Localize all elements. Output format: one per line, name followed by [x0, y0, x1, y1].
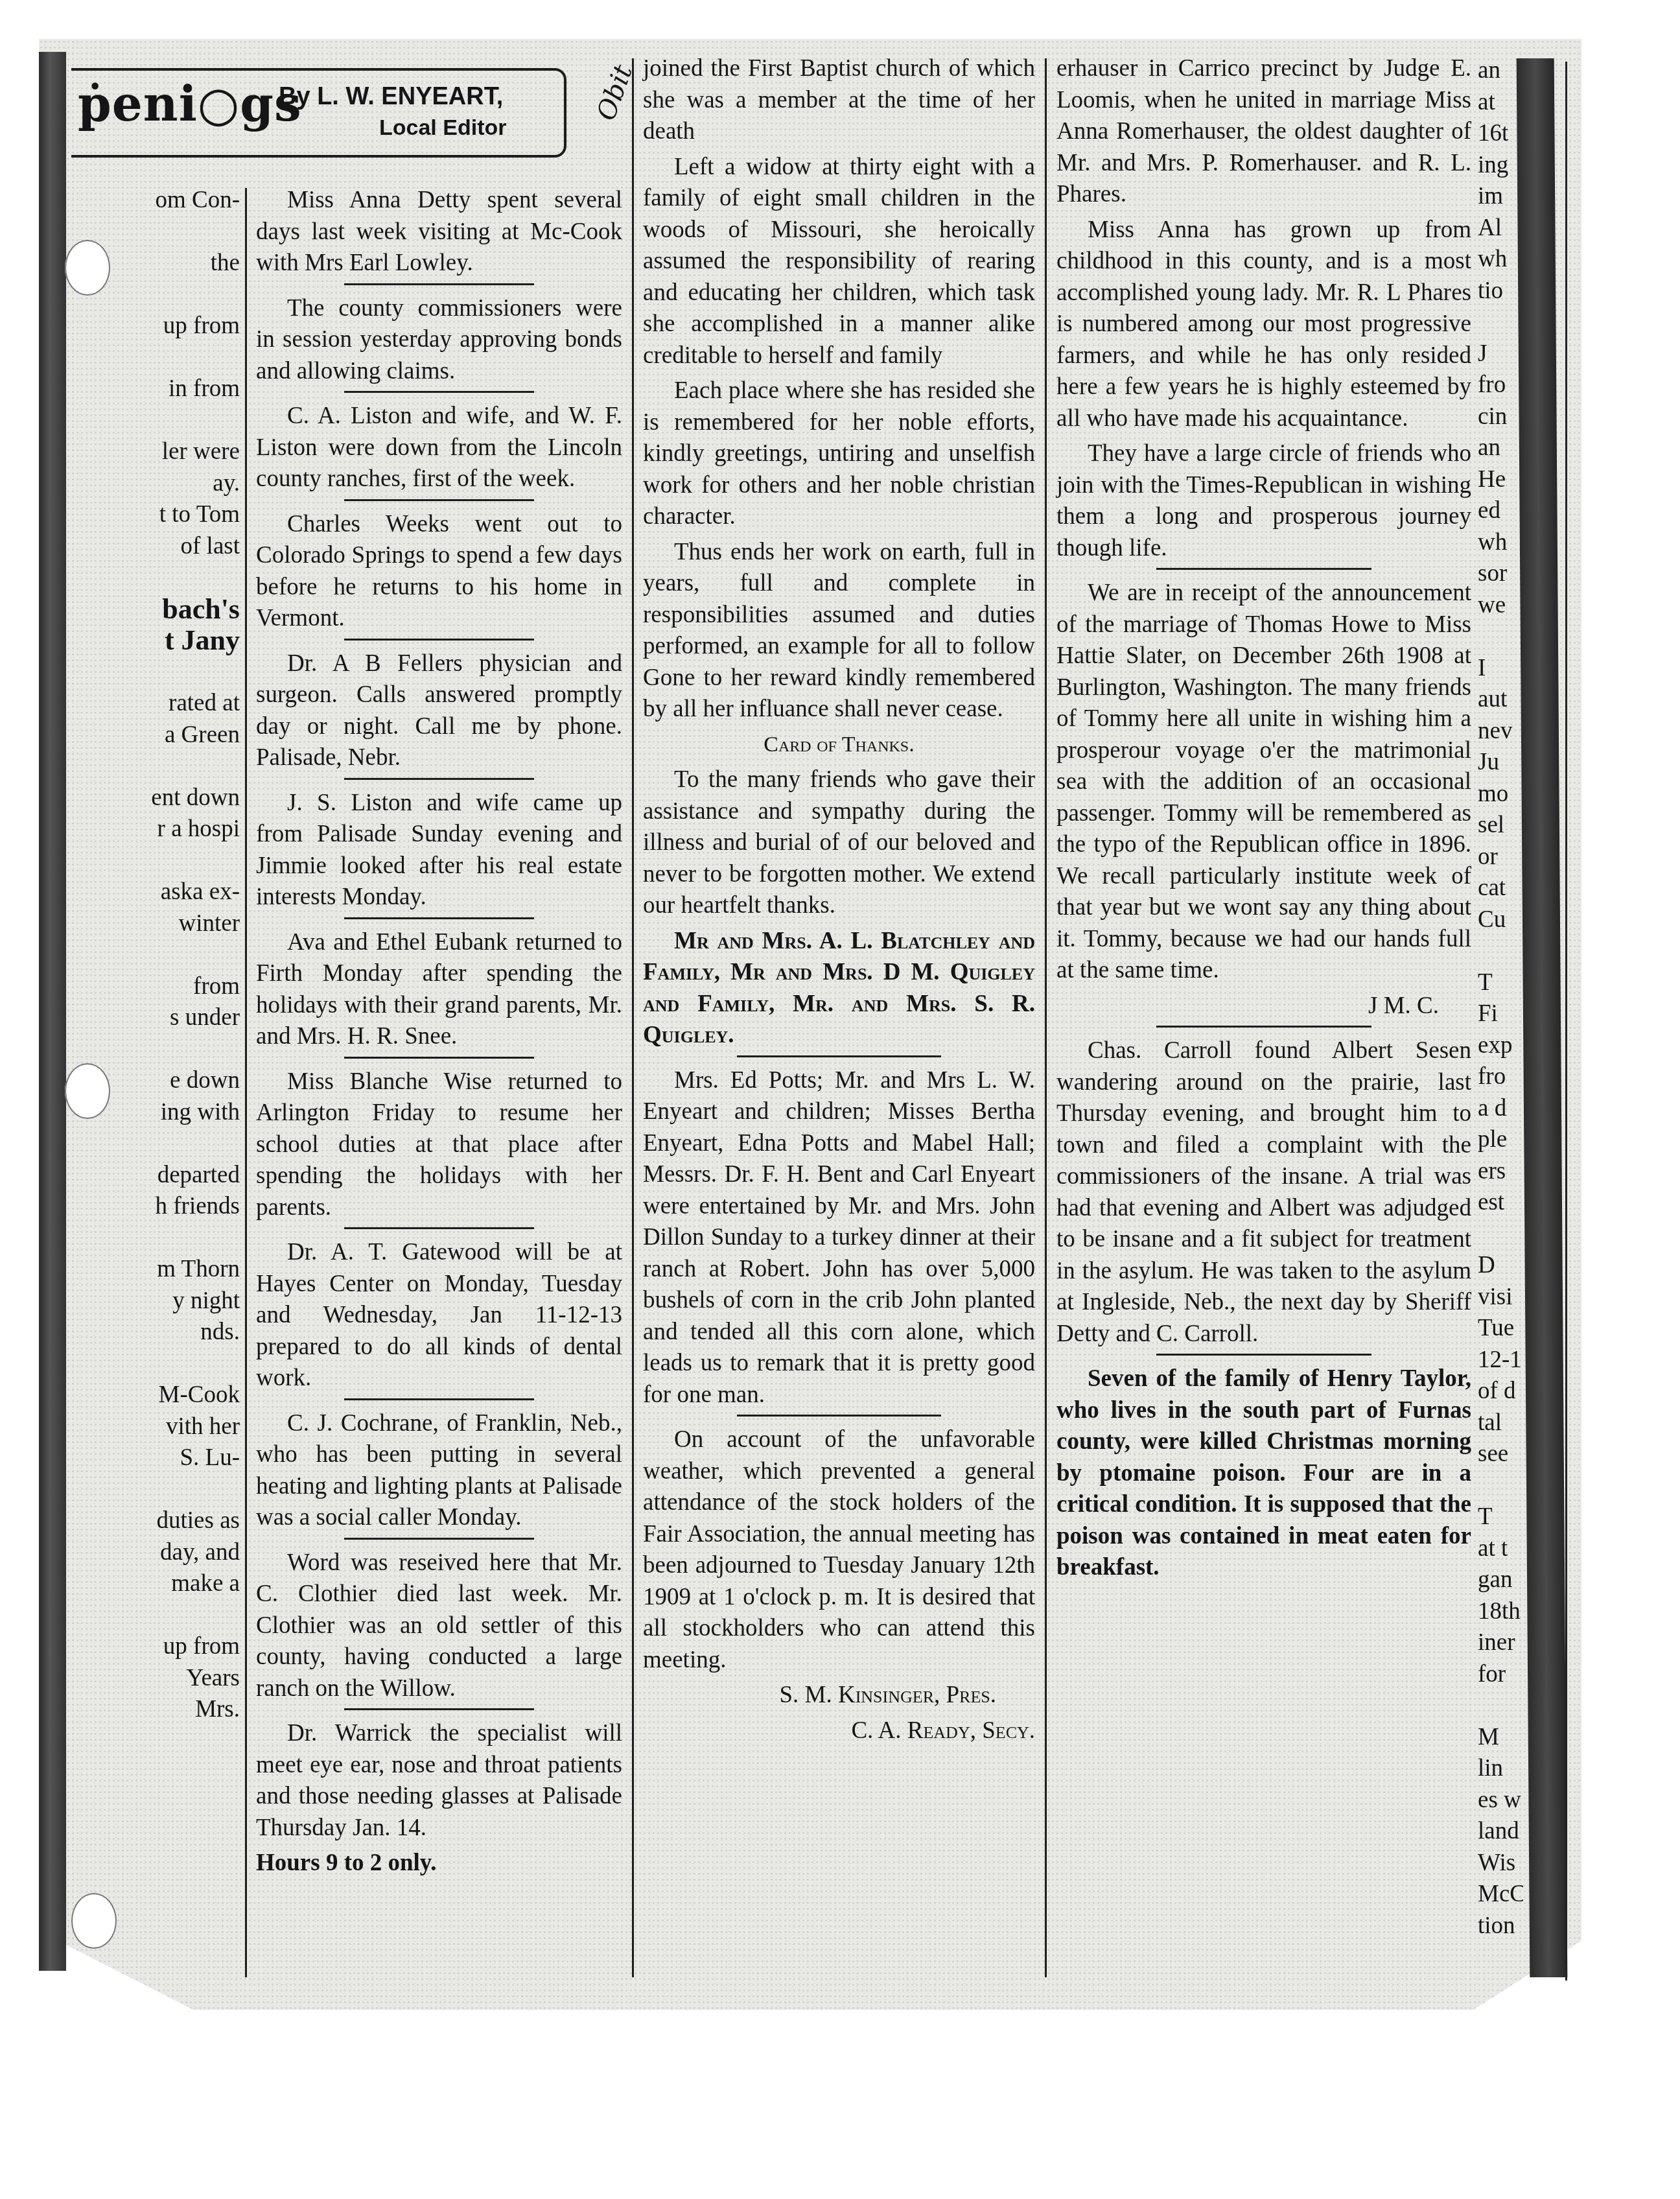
- fragment-line: [1478, 935, 1523, 967]
- friends-paragraph: They have a large circle of friends who …: [1056, 438, 1471, 564]
- fragment-line: h friends: [78, 1191, 240, 1223]
- fragment-line: [78, 405, 240, 437]
- news-item: C. A. Liston and wife, and W. F. Liston …: [256, 401, 622, 495]
- fragment-line: rated at: [78, 688, 240, 720]
- fragment-line: [78, 657, 240, 688]
- fragment-line: [78, 751, 240, 782]
- fragment-line: a d: [1478, 1093, 1523, 1125]
- fragment-line: [78, 217, 240, 248]
- fragment-line: we: [1478, 590, 1523, 622]
- fragment-line: tio: [1478, 276, 1523, 307]
- news-item: Ava and Ethel Eubank returned to Firth M…: [256, 927, 622, 1053]
- fragment-line: es w: [1478, 1785, 1523, 1817]
- fragment-line: Fi: [1478, 998, 1523, 1030]
- divider: [344, 778, 535, 780]
- fragment-line: y night: [78, 1286, 240, 1317]
- fragment-line: 18th: [1478, 1596, 1523, 1628]
- fragment-line: mo: [1478, 779, 1523, 810]
- turkey-dinner-item: Mrs. Ed Potts; Mr. and Mrs L. W. Enyeart…: [643, 1065, 1035, 1411]
- fragment-line: ple: [1478, 1124, 1523, 1156]
- fragment-line: in from: [78, 373, 240, 405]
- fragment-line: [78, 279, 240, 311]
- fragment-line: of d: [1478, 1376, 1523, 1407]
- fragment-line: [78, 1223, 240, 1254]
- column-society-news: erhauser in Carrico precinct by Judge E.…: [1056, 53, 1471, 1588]
- fragment-line: for: [1478, 1659, 1523, 1691]
- signature-secretary: C. A. Ready, Secy.: [643, 1715, 1035, 1747]
- fragment-line: make a: [78, 1568, 240, 1600]
- fragment-line: the: [78, 248, 240, 279]
- fragment-line: wh: [1478, 244, 1523, 276]
- divider: [1156, 1026, 1372, 1028]
- fragment-line: from: [78, 971, 240, 1003]
- fragment-line: nds.: [78, 1317, 240, 1348]
- fragment-line: cin: [1478, 401, 1523, 433]
- fragment-line: ing with: [78, 1097, 240, 1129]
- column-rule-1: [245, 188, 247, 1977]
- howe-signature: J M. C.: [1056, 991, 1471, 1022]
- masthead-role: Local Editor: [379, 115, 506, 141]
- fragment-line: of last: [78, 531, 240, 563]
- fragment-line: exp: [1478, 1030, 1523, 1062]
- column-rule-2: [632, 58, 634, 1977]
- card-of-thanks-signers: Mr and Mrs. A. L. Blatchley and Family, …: [643, 926, 1035, 1052]
- card-of-thanks-body: To the many friends who gave their assis…: [643, 764, 1035, 922]
- divider: [344, 1398, 535, 1400]
- fragment-line: r a hospi: [78, 814, 240, 845]
- news-item: C. J. Cochrane, of Franklin, Neb., who h…: [256, 1408, 622, 1534]
- signature-president: S. M. Kinsinger, Pres.: [643, 1680, 1035, 1711]
- news-item: The county commissioners were in session…: [256, 293, 622, 388]
- fragment-line: aut: [1478, 684, 1523, 716]
- fragment-line: [1478, 1470, 1523, 1502]
- fragment-line: ler were: [78, 436, 240, 468]
- fragment-line: wh: [1478, 527, 1523, 559]
- fragment-line: M-Cook: [78, 1380, 240, 1411]
- fragment-line: tion: [1478, 1911, 1523, 1942]
- fragment-line: om Con-: [78, 185, 240, 217]
- fragment-line: t Jany: [78, 625, 240, 657]
- news-item: Miss Blanche Wise returned to Arlington …: [256, 1066, 622, 1224]
- fragment-line: an: [1478, 55, 1523, 87]
- fragment-line: est: [1478, 1187, 1523, 1219]
- fragment-line: Years: [78, 1663, 240, 1695]
- divider: [1156, 568, 1372, 570]
- news-item: Word was reseived here that Mr. C. Cloth…: [256, 1547, 622, 1705]
- fragment-line: departed: [78, 1160, 240, 1192]
- left-binding-strip: [39, 52, 66, 1971]
- fragment-line: Tue: [1478, 1313, 1523, 1345]
- fragment-line: Cu: [1478, 904, 1523, 936]
- column-rule-3: [1045, 58, 1047, 1977]
- fragment-line: Ju: [1478, 747, 1523, 779]
- fragment-line: sor: [1478, 558, 1523, 590]
- fragment-line: ed: [1478, 495, 1523, 527]
- news-item: J. S. Liston and wife came up from Palis…: [256, 788, 622, 913]
- fragment-line: gan: [1478, 1564, 1523, 1596]
- fragment-line: [78, 342, 240, 374]
- fragment-line: J: [1478, 338, 1523, 370]
- fragment-line: lin: [1478, 1753, 1523, 1785]
- divider: [344, 1708, 535, 1710]
- news-item-tail: Hours 9 to 2 only.: [256, 1848, 622, 1879]
- punch-hole-bottom: [71, 1893, 117, 1949]
- fragment-line: or: [1478, 841, 1523, 873]
- obituary-paragraph: Left a widow at thirty eight with a fami…: [643, 152, 1035, 372]
- divider: [737, 1055, 941, 1057]
- divider: [344, 917, 535, 919]
- fragment-line: M: [1478, 1722, 1523, 1754]
- divider: [344, 639, 535, 641]
- fragment-line: ing: [1478, 150, 1523, 182]
- fragment-line: Al: [1478, 213, 1523, 244]
- fragment-line: e down: [78, 1065, 240, 1097]
- masthead-byline: By L. W. ENYEART,: [279, 83, 503, 111]
- wedding-continuation: erhauser in Carrico precinct by Judge E.…: [1056, 53, 1471, 211]
- fragment-line: see: [1478, 1439, 1523, 1470]
- divider: [344, 1538, 535, 1540]
- news-item: Miss Anna Detty spent several days last …: [256, 185, 622, 279]
- fragment-line: duties as: [78, 1505, 240, 1537]
- fragment-line: D: [1478, 1250, 1523, 1282]
- taylor-poison-item: Seven of the family of Henry Taylor, who…: [1056, 1363, 1471, 1584]
- fragment-line: Mrs.: [78, 1694, 240, 1726]
- fragment-line: ers: [1478, 1156, 1523, 1188]
- anna-paragraph: Miss Anna has grown up from childhood in…: [1056, 215, 1471, 435]
- obituary-paragraph: Thus ends her work on earth, full in yea…: [643, 537, 1035, 725]
- fragment-line: nev: [1478, 716, 1523, 747]
- fragment-line: bach's: [78, 594, 240, 626]
- howe-marriage-item: We are in receipt of the announcement of…: [1056, 578, 1471, 987]
- fair-association-notice: On account of the unfavorable weather, w…: [643, 1424, 1035, 1676]
- fragment-line: McC: [1478, 1879, 1523, 1911]
- fragment-line: visi: [1478, 1282, 1523, 1313]
- carroll-insanity-item: Chas. Carroll found Albert Sesen wanderi…: [1056, 1035, 1471, 1350]
- fragment-line: [78, 1600, 240, 1632]
- fragment-line: [1478, 307, 1523, 338]
- fragment-line: cat: [1478, 873, 1523, 904]
- fragment-line: [78, 939, 240, 971]
- page-edge-line: [1565, 62, 1567, 1981]
- fragment-line: ay.: [78, 468, 240, 500]
- obituary-paragraph: Each place where she has resided she is …: [643, 375, 1035, 533]
- fragment-line: fro: [1478, 1061, 1523, 1093]
- news-item: Dr. A B Fellers physician and surgeon. C…: [256, 648, 622, 774]
- fragment-line: [78, 562, 240, 594]
- fragment-line: up from: [78, 311, 240, 342]
- divider: [737, 1415, 941, 1417]
- fragment-line: 12-1: [1478, 1345, 1523, 1376]
- fragment-line: winter: [78, 908, 240, 940]
- fragment-line: up from: [78, 1631, 240, 1663]
- fragment-line: [1478, 1690, 1523, 1722]
- fragment-line: aska ex-: [78, 876, 240, 908]
- fragment-line: m Thorn: [78, 1254, 240, 1286]
- fragment-line: fro: [1478, 370, 1523, 401]
- column-local-news: Miss Anna Detty spent several days last …: [256, 185, 622, 1883]
- fragment-line: ent down: [78, 782, 240, 814]
- fragment-line: T: [1478, 1501, 1523, 1533]
- divider: [344, 391, 535, 393]
- divider: [344, 499, 535, 501]
- fragment-line: 16t: [1478, 118, 1523, 150]
- fragment-line: sel: [1478, 810, 1523, 841]
- masthead-title: ṗeni○gs: [78, 76, 302, 132]
- left-fragment-column: om Con- the up from in from ler wereay.t…: [78, 185, 240, 1726]
- card-of-thanks-heading: Card of Thanks.: [643, 729, 1035, 761]
- column-obituary-card: joined the First Baptist church of which…: [643, 53, 1035, 1750]
- fragment-line: [78, 845, 240, 877]
- fragment-line: vith her: [78, 1411, 240, 1443]
- fragment-line: at: [1478, 87, 1523, 119]
- fragment-line: [78, 1348, 240, 1380]
- divider: [344, 283, 535, 285]
- fragment-line: tal: [1478, 1407, 1523, 1439]
- fragment-line: [1478, 1219, 1523, 1251]
- news-item: Dr. Warrick the specialist will meet eye…: [256, 1718, 622, 1844]
- fragment-line: S. Lu-: [78, 1442, 240, 1474]
- fragment-line: im: [1478, 181, 1523, 213]
- fragment-line: land: [1478, 1816, 1523, 1848]
- fragment-line: [1478, 621, 1523, 653]
- obituary-paragraph: joined the First Baptist church of which…: [643, 53, 1035, 148]
- fragment-line: [78, 1128, 240, 1160]
- fragment-line: day, and: [78, 1537, 240, 1569]
- fragment-line: s under: [78, 1002, 240, 1034]
- fragment-line: [78, 1474, 240, 1506]
- divider: [1156, 1354, 1372, 1356]
- divider: [344, 1227, 535, 1229]
- divider: [344, 1057, 535, 1059]
- right-fragment-column: anat16tingimAlwhtio JfrocinanHeedwhsorwe…: [1478, 55, 1523, 1942]
- fragment-line: T: [1478, 967, 1523, 999]
- fragment-line: Wis: [1478, 1848, 1523, 1879]
- fragment-line: I: [1478, 653, 1523, 685]
- fragment-line: iner: [1478, 1627, 1523, 1659]
- fragment-line: at t: [1478, 1533, 1523, 1565]
- news-item: Charles Weeks went out to Colorado Sprin…: [256, 509, 622, 635]
- fragment-line: an: [1478, 432, 1523, 464]
- fragment-line: [78, 1034, 240, 1066]
- fragment-line: He: [1478, 464, 1523, 496]
- fragment-line: t to Tom: [78, 499, 240, 531]
- fragment-line: a Green: [78, 720, 240, 751]
- news-item: Dr. A. T. Gatewood will be at Hayes Cent…: [256, 1237, 622, 1394]
